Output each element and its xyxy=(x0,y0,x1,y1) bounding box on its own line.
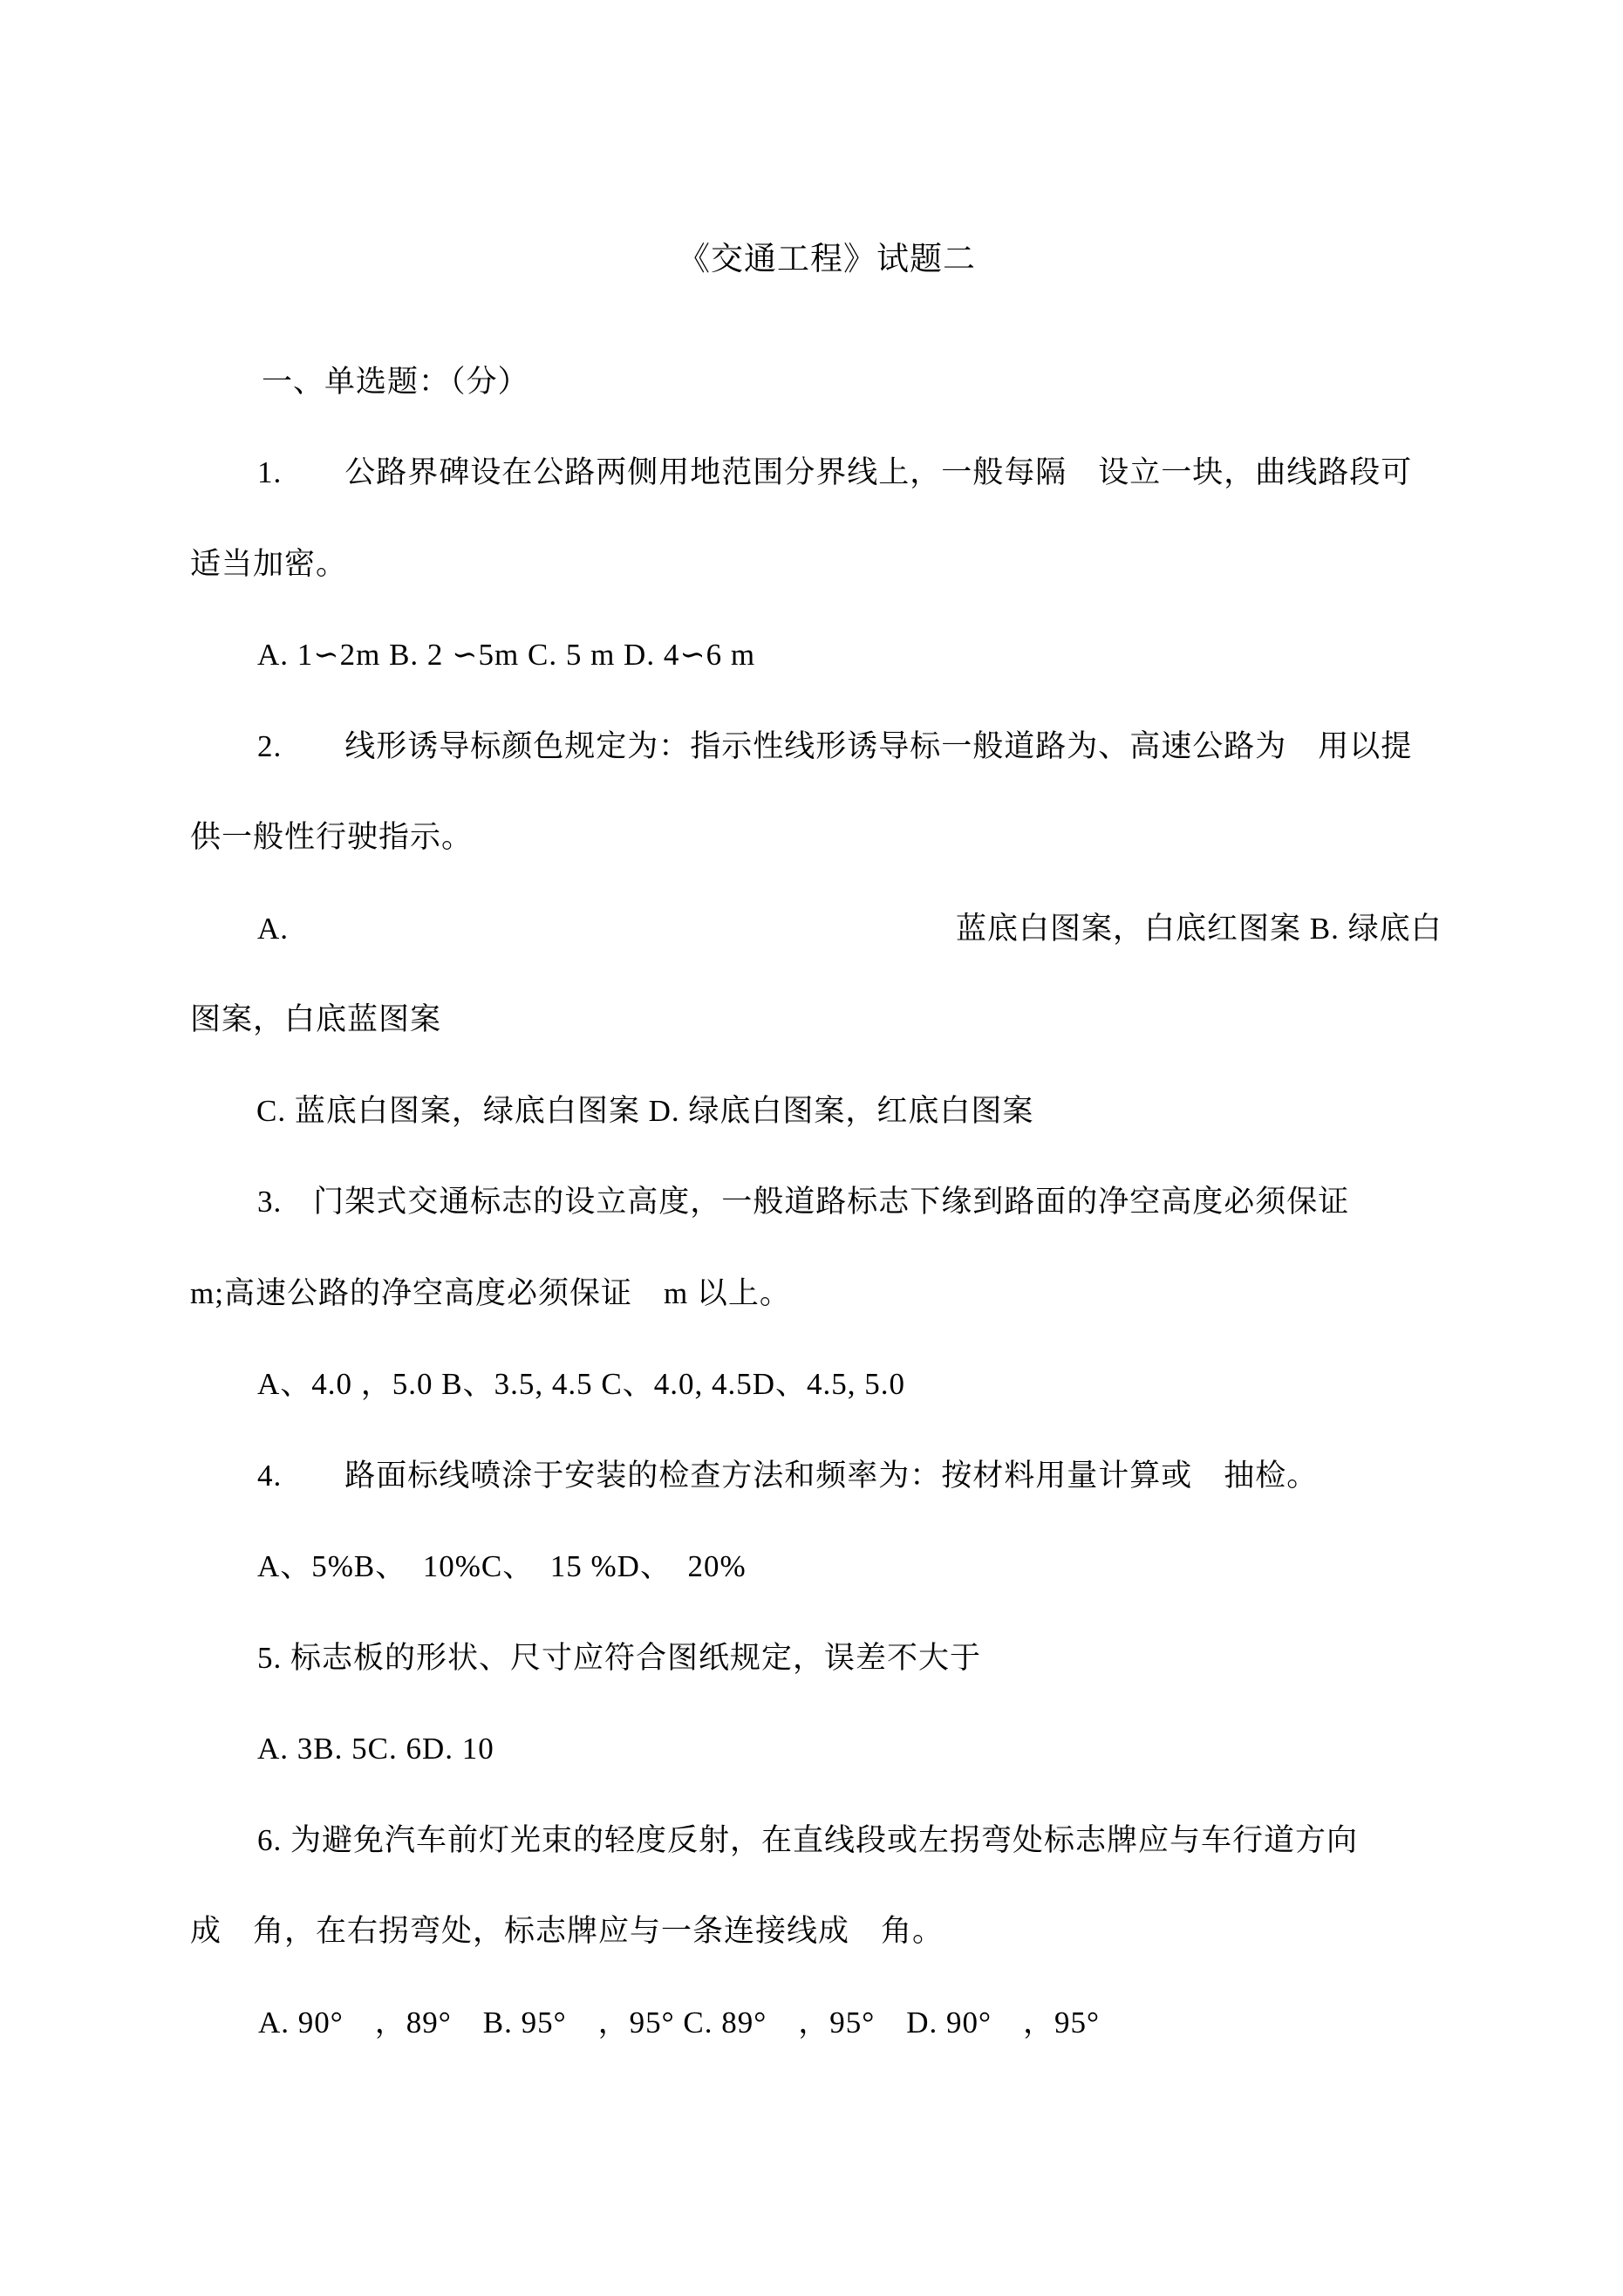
q6-text-line-1: 6. 为避免汽车前灯光束的轻度反射，在直线段或左拐弯处标志牌应与车行道方向 xyxy=(257,1822,1358,1859)
q5-text-line-1: 5. 标志板的形状、尺寸应符合图纸规定，误差不大于 xyxy=(257,1640,981,1677)
q3-options-line: A、4.0 ，5.0 B、3.5, 4.5 C、4.0, 4.5D、4.5, 5… xyxy=(257,1366,905,1403)
q1-text-line-2: 适当加密。 xyxy=(190,546,347,583)
document-title: 《交通工程》试题二 xyxy=(678,241,976,279)
q4-options-line: A、5%B、 10%C、 15 %D、 20% xyxy=(257,1548,747,1585)
q4-text-line-1: 4. 路面标线喷涂于安装的检查方法和频率为：按材料用量计算或 抽检。 xyxy=(257,1458,1318,1494)
q3-text-line-1: 3. 门架式交通标志的设立高度，一般道路标志下缘到路面的净空高度必须保证 xyxy=(257,1184,1349,1220)
exam-document-page: 《交通工程》试题二 一、单选题：（分） 1. 公路界碑设在公路两侧用地范围分界线… xyxy=(0,0,1623,2296)
q6-options-line: A. 90° ，89° B. 95° ，95° C. 89° ，95° D. 9… xyxy=(258,2005,1100,2041)
q1-options-line: A. 1∽2m B. 2 ∽5m C. 5 m D. 4∽6 m xyxy=(257,637,755,673)
section-heading: 一、单选题：（分） xyxy=(262,364,529,400)
q1-text-line-1: 1. 公路界碑设在公路两侧用地范围分界线上，一般每隔 设立一块，曲线路段可 xyxy=(257,454,1412,491)
q6-text-line-2: 成 角，在右拐弯处，标志牌应与一条连接线成 角。 xyxy=(190,1913,944,1950)
q2-text-line-1: 2. 线形诱导标颜色规定为：指示性线形诱导标一般道路为、高速公路为 用以提 xyxy=(257,728,1412,765)
q2-option-a-label: A. xyxy=(257,911,289,947)
q3-text-line-2: m;高速公路的净空高度必须保证 m 以上。 xyxy=(190,1275,791,1312)
q2-text-line-2: 供一般性行驶指示。 xyxy=(190,819,473,856)
q5-options-line: A. 3B. 5C. 6D. 10 xyxy=(257,1731,494,1767)
q2-options-cd-line: C. 蓝底白图案，绿底白图案 D. 绿底白图案，红底白图案 xyxy=(256,1093,1033,1130)
q2-options-ab-wrap-line: 图案，白底蓝图案 xyxy=(190,1001,441,1038)
q2-options-ab-line: 蓝底白图案，白底红图案 B. 绿底白 xyxy=(956,911,1442,947)
